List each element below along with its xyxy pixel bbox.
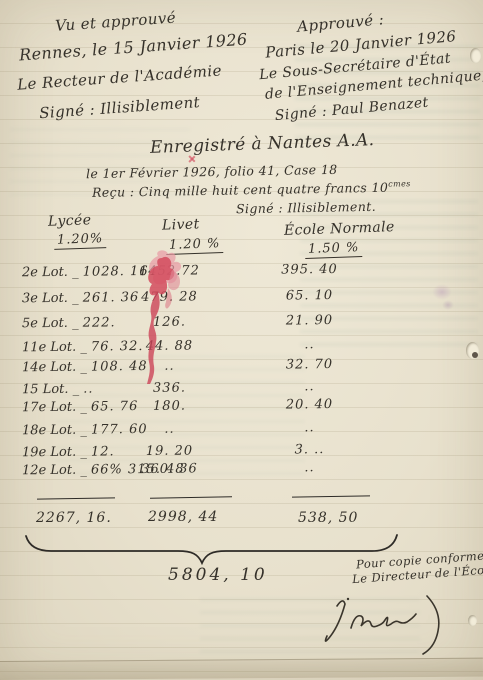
ecole-amount: 3. .. xyxy=(262,442,357,458)
table-row: 18e Lot. _ 177. 60 .. .. xyxy=(0,418,483,443)
ecole-amount: 21. 90 xyxy=(262,313,357,329)
table-row: 14e Lot. _ 108. 48 .. 32. 70 xyxy=(0,355,483,380)
table-row: 17e Lot. _ 65. 76 180. 20. 40 xyxy=(0,395,483,420)
paper-hole xyxy=(470,48,481,63)
approval-right-line1: Approuvé : xyxy=(296,10,384,36)
paper-hole xyxy=(468,615,477,626)
ecole-amount: .. xyxy=(262,337,357,353)
director-signature xyxy=(315,590,465,665)
ecole-amount: .. xyxy=(262,420,357,436)
column-rate-ecole-normale: 1.50 % xyxy=(305,240,363,259)
ecole-amount: 32. 70 xyxy=(262,357,357,373)
total-rule-ecole xyxy=(292,495,370,497)
lot-label: 15 Lot. _ xyxy=(22,382,79,398)
approval-left-line1: Vu et approuvé xyxy=(55,9,177,35)
lot-label: 14e Lot. _ xyxy=(22,360,87,376)
total-rule-livet xyxy=(150,496,232,498)
table-row: 12e Lot. _ 66% 315. 48 360. 36 .. xyxy=(0,458,483,483)
ecole-amount: 20. 40 xyxy=(262,397,357,413)
ecole-amount: .. xyxy=(262,379,357,395)
lot-label: 5e Lot. _ xyxy=(22,316,79,332)
lycee-amount: .. xyxy=(83,382,93,397)
total-rule-lycee xyxy=(37,497,115,499)
lot-label: 12e Lot. _ xyxy=(22,463,87,479)
lycee-amount: 12. xyxy=(91,444,115,459)
approval-block-paris: Approuvé : Paris le 20 Janvier 1926 Le S… xyxy=(248,0,477,20)
red-ink-stain xyxy=(128,248,198,393)
approval-left-signature: Signé : Illisiblement xyxy=(39,93,201,122)
column-header-lycee: Lycée xyxy=(48,212,92,230)
approval-left-line3: Le Recteur de l'Académie xyxy=(17,61,223,93)
red-check-mark xyxy=(188,155,195,162)
lot-label: 18e Lot. _ xyxy=(22,423,87,439)
lot-label: 3e Lot. _ xyxy=(22,291,79,307)
lycee-amount: 222. xyxy=(83,315,116,330)
received-sup: cmes xyxy=(388,179,411,188)
livet-amount: 19. 20 xyxy=(122,443,217,459)
total-ecole: 538, 50 xyxy=(298,510,358,526)
lot-label: 2e Lot. _ xyxy=(22,265,79,281)
livet-amount: .. xyxy=(122,421,217,437)
grand-total: 5804, 10 xyxy=(168,565,268,585)
approval-left-line2: Rennes, le 15 Janvier 1926 xyxy=(18,30,248,65)
approval-block-rennes: Vu et approuvé Rennes, le 15 Janvier 192… xyxy=(10,0,239,14)
document-scan: { "document": { "approval_left": { "line… xyxy=(0,0,483,680)
ecole-amount: 395. 40 xyxy=(262,262,357,278)
total-livet: 2998, 44 xyxy=(148,509,218,525)
registration-signed: Signé : Illisiblement. xyxy=(236,199,376,216)
ecole-amount: 65. 10 xyxy=(262,288,357,304)
lot-label: 19e Lot. _ xyxy=(22,445,87,461)
lot-label: 17e Lot. _ xyxy=(22,400,87,416)
livet-amount: 180. xyxy=(122,398,217,414)
column-rate-lycee: 1.20% xyxy=(54,231,107,250)
ecole-amount: .. xyxy=(262,460,357,476)
total-lycee: 2267, 16. xyxy=(36,510,112,526)
livet-amount: 360. 36 xyxy=(122,461,217,477)
registration-date: le 1er Février 1926, folio 41, Case 18 xyxy=(86,162,338,181)
lot-label: 11e Lot. _ xyxy=(22,340,87,356)
column-header-livet: Livet xyxy=(162,216,200,233)
